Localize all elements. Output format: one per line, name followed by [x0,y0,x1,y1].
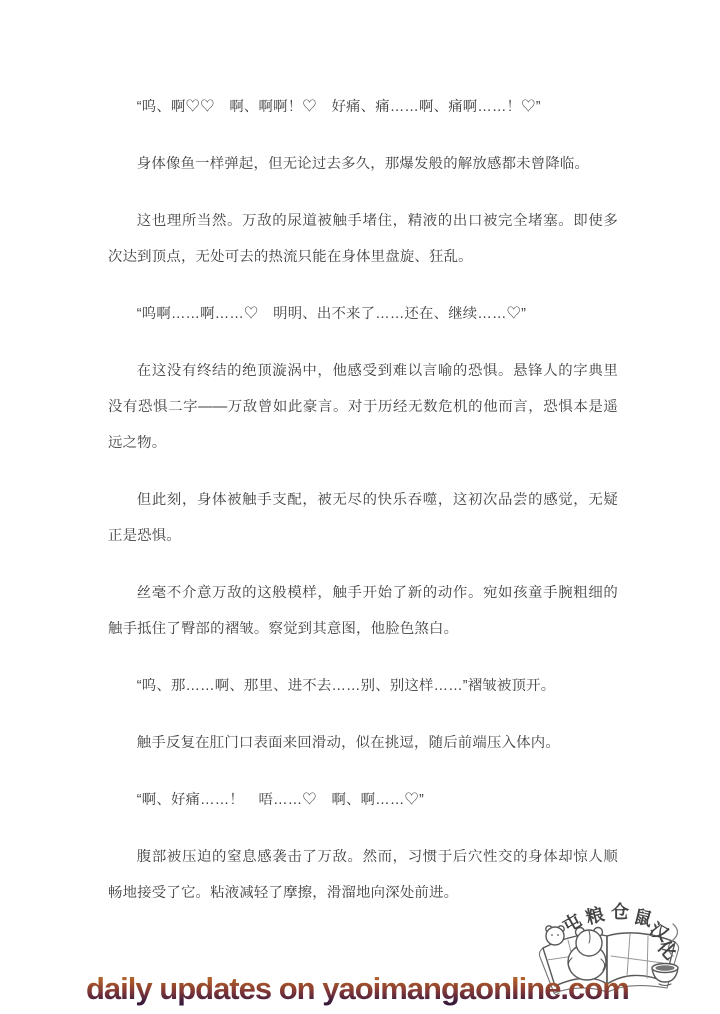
paragraph: 触手反复在肛门口表面来回滑动，似在挑逗，随后前端压入体内。 [108,725,618,761]
paragraph: 身体像鱼一样弹起，但无论过去多久，那爆发般的解放感都未曾降临。 [108,146,618,182]
paragraph: 这也理所当然。万敌的尿道被触手堵住，精液的出口被完全堵塞。即使多次达到顶点，无处… [108,203,618,275]
paragraph: “呜啊……啊……♡ 明明、出不来了……还在、继续……♡” [108,296,618,332]
paragraph: “呜、啊♡♡ 啊、啊啊！♡ 好痛、痛……啊、痛啊……！♡” [108,89,618,125]
footer-site-banner: daily updates on yaoimangaonline.com [86,971,629,1007]
paragraph: 但此刻，身体被触手支配，被无尽的快乐吞噬，这初次品尝的感觉，无疑正是恐惧。 [108,482,618,554]
paragraph: 在这没有终结的绝顶漩涡中，他感受到难以言喻的恐惧。悬锋人的字典里没有恐惧二字——… [108,353,618,461]
story-text: “呜、啊♡♡ 啊、啊啊！♡ 好痛、痛……啊、痛啊……！♡”身体像鱼一样弹起，但无… [108,89,618,932]
paragraph: “啊、好痛……！ 唔……♡ 啊、啊……♡” [108,782,618,818]
watermark-char: 仓 [611,901,629,922]
paragraph: “呜、那……啊、那里、进不去……别、别这样……”褶皱被顶开。 [108,668,618,704]
paragraph: 丝毫不介意万敌的这般模样，触手开始了新的动作。宛如孩童手腕粗细的触手抵住了臀部的… [108,575,618,647]
page: “呜、啊♡♡ 啊、啊啊！♡ 好痛、痛……啊、痛啊……！♡”身体像鱼一样弹起，但无… [0,0,720,1014]
watermark-char: 粮 [583,903,606,928]
small-hamster-icon [546,926,564,945]
